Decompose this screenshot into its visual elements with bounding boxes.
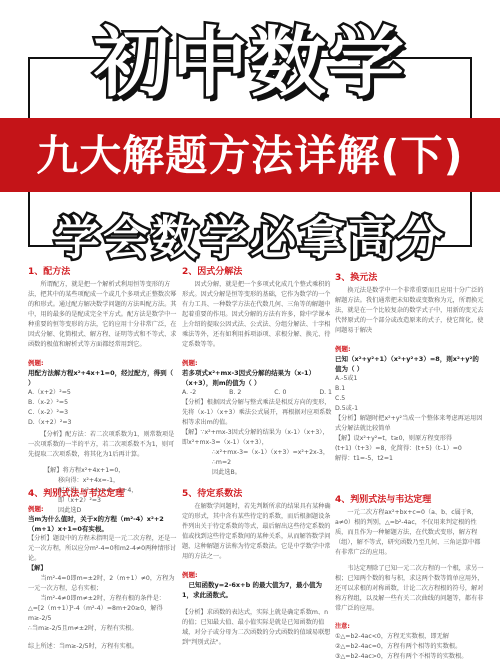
conclusion: 综上所述：当m≥-2/5时，方程有实根。 [28, 642, 178, 652]
section-discriminant-vieta: 4、判别式法与韦达定理 一元二次方程ax²+bx+c=0（a、b、c属于R，a≠… [335, 494, 485, 662]
section-intro: 一元二次方程ax²+bx+c=0（a、b、c属于R，a≠0）根的判别，△=b²-… [335, 508, 485, 558]
note-item: ②△=b2-4ac=0，方程有两个相等的实数根。 [335, 642, 485, 652]
section-title: 3、换元法 [335, 272, 485, 284]
example-question: 已知函数y=2-6x+b 的最大值为7，最小值为1，求此函数式。 [182, 580, 332, 600]
option-d: D.（x+2）²=3 [28, 418, 178, 428]
options-row: A. -2 B. 2 C. 0 D. 1 [182, 388, 332, 398]
section-intro: 所谓配方，就是把一个解析式利用恒等变形的方法，把其中的某些项配成一个或几个多项式… [28, 280, 178, 350]
option-c: C.（x-2）²=3 [28, 408, 178, 418]
subtitle: 学会数学必拿高分 [0, 208, 500, 268]
option-a: A.-5或1 [335, 374, 485, 384]
section-substitution: 3、换元法 换元法是数学中一个非常重要而且应用十分广泛的解题方法。我们通常把未知… [335, 272, 485, 464]
section-intro: 在解数学问题时，若先判断所求的结果具有某种确定的形式，其中含有某些待定的系数，而… [182, 502, 332, 562]
option-d: D.5或-1 [335, 404, 485, 414]
solution-line: 当m²-4=0即m=±2时，2（m+1）≠0，方程为一元一次方程，总有实根； [28, 574, 178, 594]
solution-line: 即x²+mx-3=（x-1）（x+3）， [182, 438, 332, 448]
solution-line: 解得：t1=-5，t2=1 [335, 454, 485, 464]
solution-line: △=[2（m+1）]²-4（m²-4）=8m+20≥0，解得m≥-2/5 [28, 604, 178, 624]
solution-line: 【解】∵x²+mx-3因式分解的结果为（x-1）（x+3）， [182, 428, 332, 438]
analysis: 【分析】题设中的方程未指明是一元二次方程，还是一元一次方程，所以应分m²-4=0… [28, 534, 178, 564]
section-intro: 换元法是数学中一个非常重要而且应用十分广泛的解题方法。我们通常把未知数或变数称为… [335, 286, 485, 336]
option-c: C.5 [335, 394, 485, 404]
analysis: 【分析】解题时把x²+y²当成一个整体来考虑再运用因式分解法就比较简单 [335, 414, 485, 434]
solution-label: 【解】 [28, 564, 178, 574]
example-question: 用配方法解方程x²+4x+1=0，经过配方，得到（ ） [28, 368, 178, 388]
analysis: 【分析】求函数的表达式，实际上就是确定系数m、n的值；已知最大值、最小值实际是就… [182, 608, 332, 648]
section-title: 4、判别式法与韦达定理 [28, 488, 178, 500]
section-title: 4、判别式法与韦达定理 [335, 494, 485, 506]
page-title: 初中数学 [0, 18, 500, 108]
section-intro: 因式分解，就是把一个多项式化成几个整式乘积的形式。因式分解是恒等变形的基础，它作… [182, 280, 332, 350]
example-question: 当m为什么值时，关于x的方程（m²-4）x²+2（m+1）x+1=0有实根。 [28, 514, 178, 534]
analysis: 【分析】根据因式分解与整式乘法是相反方向的变形，先将（x-1）（x+3）乘法公式… [182, 398, 332, 428]
analysis: 【分析】配方法：若二次项系数为1，则常数项是一次项系数的一半的平方，若二次项系数… [28, 430, 178, 460]
section-title: 5、待定系数法 [182, 488, 332, 500]
section-intro-2: 韦达定理除了已知一元二次方程的一个根，求另一根；已知两个数的和与积，求这两个数等… [335, 564, 485, 614]
solution-line: 因此选B。 [182, 468, 332, 478]
example-label: 例题: [28, 504, 178, 514]
note-item: ③△=b2-4ac>0，方程有两个不相等的实数根。 [335, 652, 485, 662]
solution-line: 【解】设x²+y²=t，t≥0，则原方程变形得 [335, 434, 485, 444]
note-item: ①△=b2-4ac<0，方程无实数根，即无解 [335, 632, 485, 642]
option-a: A. -2 [182, 388, 196, 398]
section-completing-square: 1、配方法 所谓配方，就是把一个解析式利用恒等变形的方法，把其中的某些项配成一个… [28, 266, 178, 516]
solution-line: 【解】将方程x²+4x+1=0， [28, 466, 178, 476]
example-question: 若多项式x²+mx-3因式分解的结果为（x-1）（x+3），则m的值为（ ） [182, 368, 332, 388]
note-label: 注意: [335, 622, 485, 632]
example-label: 例题: [28, 358, 178, 368]
solution-line: 当m²-4≠0即m≠±2时，方程有根的条件是： [28, 594, 178, 604]
solution-line: 移向得：x²+4x=-1， [28, 476, 178, 486]
example-question: 已知（x²+y²+1）（x²+y²+3）=8，则x²+y²的值为（ ） [335, 354, 485, 374]
section-discriminant-example: 4、判别式法与韦达定理 例题: 当m为什么值时，关于x的方程（m²-4）x²+2… [28, 488, 178, 652]
solution-line: (t+1)（t+3）=8，化简得：(t+5)（t-1）=0 [335, 444, 485, 454]
section-factorization: 2、因式分解法 因式分解，就是把一个多项式化成几个整式乘积的形式。因式分解是恒等… [182, 266, 332, 478]
option-b: B.（x-2）²=5 [28, 398, 178, 408]
example-label: 例题: [182, 570, 332, 580]
solution-line: ∴x²+mx-3=（x-1）（x+3）=x²+2x-3， [182, 448, 332, 458]
option-d: D. 1 [319, 388, 332, 398]
example-label: 例题: [335, 344, 485, 354]
solution-line: ∴m=2 [182, 458, 332, 468]
example-label: 例题: [182, 358, 332, 368]
section-undetermined-coefficients: 5、待定系数法 在解数学问题时，若先判断所求的结果具有某种确定的形式，其中含有某… [182, 488, 332, 648]
solution-line: ∴当m≥-2/5且m≠±2时，方程有实根。 [28, 624, 178, 634]
banner-text: 九大解题方法详解(下) [0, 128, 500, 184]
option-c: C. 0 [274, 388, 286, 398]
option-a: A.（x+2）²=5 [28, 388, 178, 398]
option-b: B. 2 [229, 388, 241, 398]
option-b: B.1 [335, 384, 485, 394]
